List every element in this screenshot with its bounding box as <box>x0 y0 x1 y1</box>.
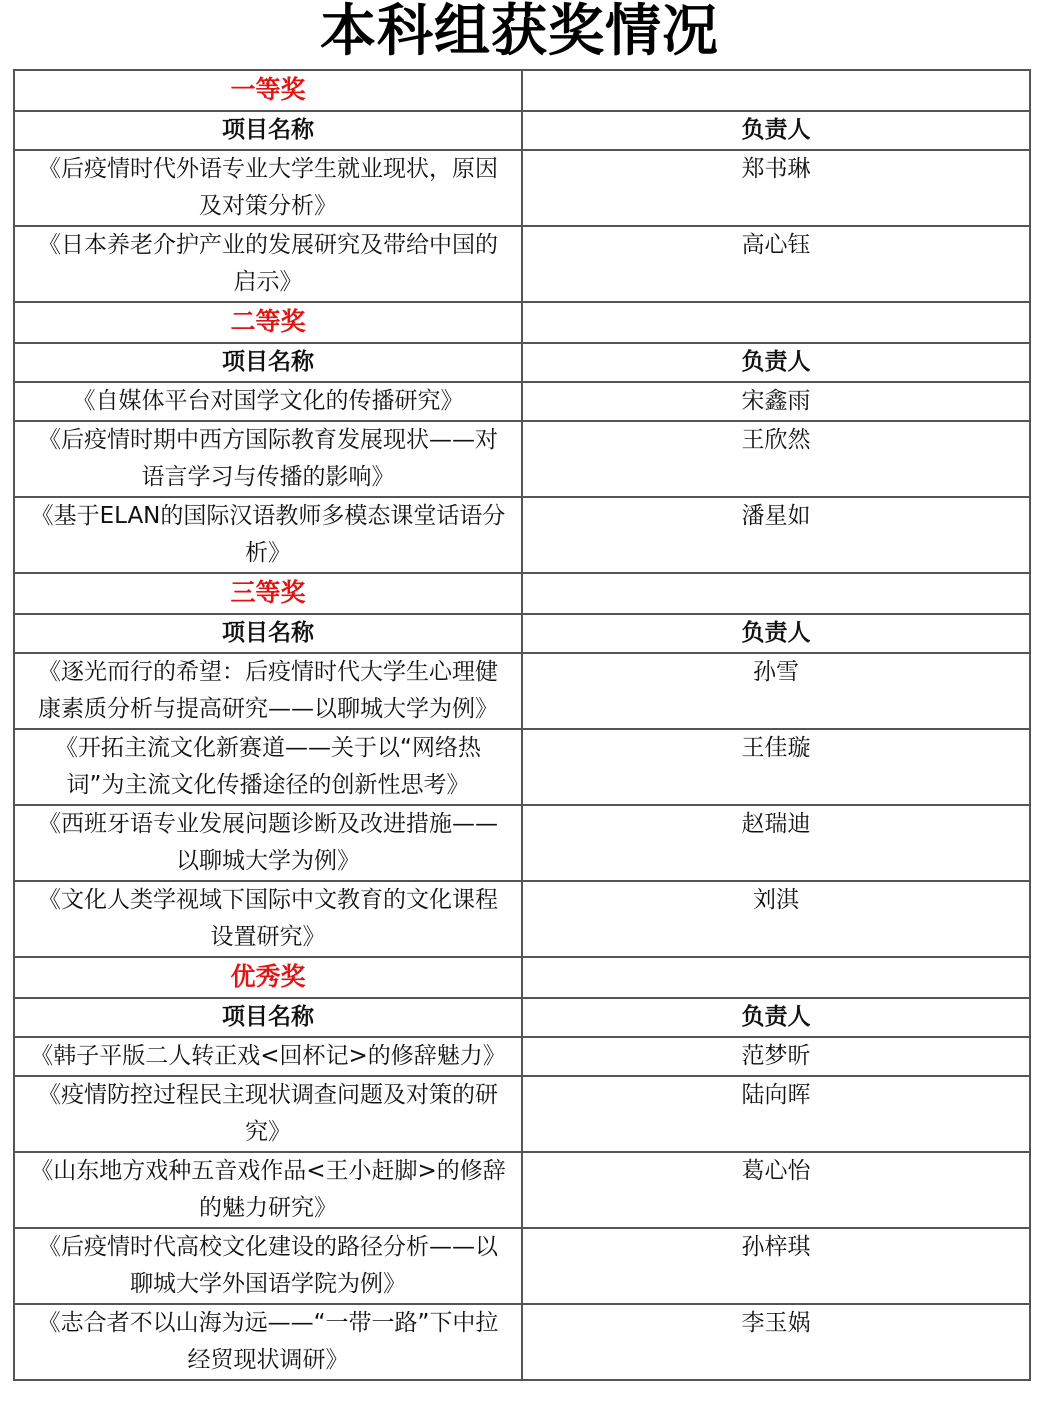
table-row: 《自媒体平台对国学文化的传播研究》 宋鑫雨 <box>14 382 1030 421</box>
table-header-row: 项目名称 负责人 <box>14 343 1030 382</box>
owner-name: 孙雪 <box>522 653 1030 729</box>
owner-name: 李玉娲 <box>522 1304 1030 1380</box>
table-row: 《山东地方戏种五音戏作品<王小赶脚>的修辞的魅力研究》 葛心怡 <box>14 1152 1030 1228</box>
project-name: 《志合者不以山海为远——“一带一路”下中拉经贸现状调研》 <box>14 1304 522 1380</box>
owner-name: 孙梓琪 <box>522 1228 1030 1304</box>
table-header-row: 项目名称 负责人 <box>14 998 1030 1037</box>
owner-name: 高心钰 <box>522 226 1030 302</box>
project-name: 《后疫情时代外语专业大学生就业现状，原因及对策分析》 <box>14 150 522 226</box>
owner-name: 宋鑫雨 <box>522 382 1030 421</box>
owner-name: 王佳璇 <box>522 729 1030 805</box>
project-name: 《逐光而行的希望：后疫情时代大学生心理健康素质分析与提高研究——以聊城大学为例》 <box>14 653 522 729</box>
table-row: 《文化人类学视域下国际中文教育的文化课程设置研究》 刘淇 <box>14 881 1030 957</box>
owner-name: 葛心怡 <box>522 1152 1030 1228</box>
table-row: 《韩子平版二人转正戏<回杯记>的修辞魅力》 范梦昕 <box>14 1037 1030 1076</box>
table-header-row: 项目名称 负责人 <box>14 614 1030 653</box>
award-level-row: 优秀奖 <box>14 957 1030 998</box>
header-project: 项目名称 <box>14 614 522 653</box>
project-name: 《开拓主流文化新赛道——关于以“网络热词”为主流文化传播途径的创新性思考》 <box>14 729 522 805</box>
project-name: 《后疫情时代高校文化建设的路径分析——以聊城大学外国语学院为例》 <box>14 1228 522 1304</box>
header-owner: 负责人 <box>522 111 1030 150</box>
empty-cell <box>522 302 1030 343</box>
awards-table: 一等奖 项目名称 负责人 《后疫情时代外语专业大学生就业现状，原因及对策分析》 … <box>13 69 1031 1381</box>
table-row: 《西班牙语专业发展问题诊断及改进措施——以聊城大学为例》 赵瑞迪 <box>14 805 1030 881</box>
header-project: 项目名称 <box>14 998 522 1037</box>
header-owner: 负责人 <box>522 343 1030 382</box>
empty-cell <box>522 70 1030 111</box>
owner-name: 刘淇 <box>522 881 1030 957</box>
table-row: 《日本养老介护产业的发展研究及带给中国的启示》 高心钰 <box>14 226 1030 302</box>
project-name: 《韩子平版二人转正戏<回杯记>的修辞魅力》 <box>14 1037 522 1076</box>
header-project: 项目名称 <box>14 343 522 382</box>
empty-cell <box>522 573 1030 614</box>
award-level-row: 二等奖 <box>14 302 1030 343</box>
table-row: 《逐光而行的希望：后疫情时代大学生心理健康素质分析与提高研究——以聊城大学为例》… <box>14 653 1030 729</box>
owner-name: 郑书琳 <box>522 150 1030 226</box>
award-level-label: 优秀奖 <box>230 962 305 991</box>
owner-name: 赵瑞迪 <box>522 805 1030 881</box>
project-name: 《基于ELAN的国际汉语教师多模态课堂话语分析》 <box>14 497 522 573</box>
owner-name: 陆向晖 <box>522 1076 1030 1152</box>
table-header-row: 项目名称 负责人 <box>14 111 1030 150</box>
project-name: 《疫情防控过程民主现状调查问题及对策的研究》 <box>14 1076 522 1152</box>
table-row: 《开拓主流文化新赛道——关于以“网络热词”为主流文化传播途径的创新性思考》 王佳… <box>14 729 1030 805</box>
project-name: 《日本养老介护产业的发展研究及带给中国的启示》 <box>14 226 522 302</box>
owner-name: 范梦昕 <box>522 1037 1030 1076</box>
empty-cell <box>522 957 1030 998</box>
project-name: 《山东地方戏种五音戏作品<王小赶脚>的修辞的魅力研究》 <box>14 1152 522 1228</box>
owner-name: 王欣然 <box>522 421 1030 497</box>
award-level-label: 二等奖 <box>230 307 305 336</box>
project-name: 《后疫情时期中西方国际教育发展现状——对语言学习与传播的影响》 <box>14 421 522 497</box>
table-row: 《后疫情时期中西方国际教育发展现状——对语言学习与传播的影响》 王欣然 <box>14 421 1030 497</box>
project-name: 《自媒体平台对国学文化的传播研究》 <box>14 382 522 421</box>
header-project: 项目名称 <box>14 111 522 150</box>
page-title: 本科组获奖情况 <box>0 0 1039 68</box>
table-row: 《志合者不以山海为远——“一带一路”下中拉经贸现状调研》 李玉娲 <box>14 1304 1030 1380</box>
award-level-row: 一等奖 <box>14 70 1030 111</box>
project-name: 《文化人类学视域下国际中文教育的文化课程设置研究》 <box>14 881 522 957</box>
project-name: 《西班牙语专业发展问题诊断及改进措施——以聊城大学为例》 <box>14 805 522 881</box>
header-owner: 负责人 <box>522 614 1030 653</box>
header-owner: 负责人 <box>522 998 1030 1037</box>
award-level-row: 三等奖 <box>14 573 1030 614</box>
table-row: 《基于ELAN的国际汉语教师多模态课堂话语分析》 潘星如 <box>14 497 1030 573</box>
table-row: 《后疫情时代外语专业大学生就业现状，原因及对策分析》 郑书琳 <box>14 150 1030 226</box>
award-level-label: 三等奖 <box>230 578 305 607</box>
table-row: 《疫情防控过程民主现状调查问题及对策的研究》 陆向晖 <box>14 1076 1030 1152</box>
owner-name: 潘星如 <box>522 497 1030 573</box>
table-row: 《后疫情时代高校文化建设的路径分析——以聊城大学外国语学院为例》 孙梓琪 <box>14 1228 1030 1304</box>
award-level-label: 一等奖 <box>230 75 305 104</box>
